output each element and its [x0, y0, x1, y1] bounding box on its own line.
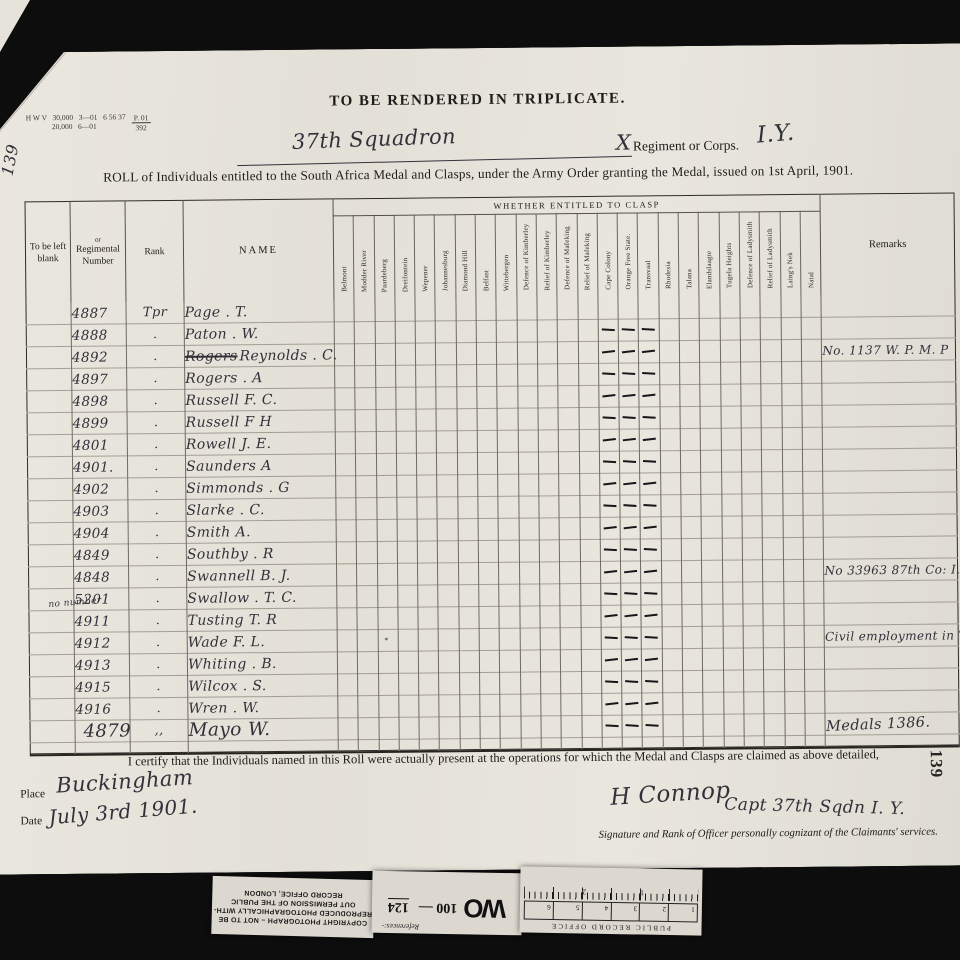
clasp-column-header: Belmont	[333, 216, 354, 301]
clasp-cell	[517, 342, 538, 364]
clasp-dash	[642, 328, 655, 331]
clasp-column-header: Talana	[678, 212, 699, 297]
name-cell: Slarke . C.	[186, 498, 336, 521]
clasp-cell	[338, 718, 359, 740]
clasp-cell	[744, 714, 765, 736]
rank-cell: .	[128, 521, 186, 544]
clasp-cell	[680, 362, 701, 384]
cm-box: 4	[581, 902, 610, 920]
clasp-cell	[578, 298, 599, 320]
clasp-cell	[599, 407, 620, 429]
clasp-cell	[783, 537, 804, 559]
clasp-name: Johannesburg	[441, 247, 449, 295]
name-cell: RogersReynolds . C.	[184, 344, 334, 367]
clasp-cell	[376, 475, 397, 497]
clasp-cell	[519, 584, 540, 606]
clasp-cell	[439, 717, 460, 739]
col-head-remarks: Remarks	[820, 193, 955, 296]
medal-roll-table: To be leftblank orRegimentalNumber Rank …	[25, 192, 960, 756]
clasp-dash	[623, 416, 636, 419]
clasp-cell	[601, 583, 622, 605]
clasp-cell	[456, 299, 477, 321]
clasp-cell	[336, 476, 357, 498]
remark-cell: No 33963 87th Co: I. Y.	[824, 558, 958, 581]
clasp-cell	[782, 493, 803, 515]
officer-rank-handwritten: Capt 37th Sqdn I. Y.	[724, 795, 905, 820]
clasp-cell	[375, 387, 396, 409]
rank-cell: .	[130, 697, 188, 720]
clasp-cell	[397, 563, 418, 585]
clasp-cell	[437, 453, 458, 475]
clasp-cell	[517, 320, 538, 342]
clasp-cell	[804, 647, 825, 669]
clasp-name: Relief of Kimberley	[542, 226, 551, 293]
blank-cell	[29, 610, 74, 632]
clasp-cell	[457, 453, 478, 475]
clasp-cell	[742, 516, 763, 538]
blank-cell	[27, 434, 72, 456]
clasp-cell	[458, 497, 479, 519]
clasp-cell	[356, 476, 377, 498]
clasp-cell	[743, 626, 764, 648]
clasp-cell	[784, 669, 805, 691]
clasp-cell	[620, 495, 641, 517]
clasp-cell	[641, 539, 662, 561]
clasp-cell	[721, 494, 742, 516]
clasp-cell	[480, 694, 501, 716]
regimental-number: 4801	[72, 434, 127, 457]
clasp-cell	[642, 649, 663, 671]
clasp-cell	[519, 518, 540, 540]
clasp-cell	[640, 451, 661, 473]
clasp-cell	[764, 648, 785, 670]
clasp-cell	[456, 343, 477, 365]
clasp-cell	[419, 717, 440, 739]
clasp-cell	[457, 409, 478, 431]
clasp-cell	[744, 692, 765, 714]
clasp-cell	[740, 296, 761, 318]
clasp-cell	[660, 473, 681, 495]
clasp-cell	[497, 320, 518, 342]
clasp-cell	[376, 431, 397, 453]
ruler-caption: PUBLIC RECORD OFFICE	[523, 921, 697, 932]
clasp-cell	[337, 652, 358, 674]
ruler-cm-scale: 123456	[524, 900, 698, 922]
name-cell: Paton . W.	[184, 322, 334, 345]
clasp-cell	[579, 429, 600, 451]
clasp-cell	[619, 429, 640, 451]
clasp-cell	[377, 563, 398, 585]
clasp-cell	[357, 608, 378, 630]
clasp-cell	[540, 584, 561, 606]
clasp-cell	[519, 496, 540, 518]
blank-cell	[26, 324, 71, 346]
clasp-cell	[598, 298, 619, 320]
clasp-cell	[356, 498, 377, 520]
clasp-column-header: Modder River	[353, 216, 374, 301]
clasp-dash	[646, 724, 659, 727]
remark-cell: Civil employment in Thames by	[824, 624, 958, 647]
clasp-cell	[459, 629, 480, 651]
clasp-cell	[680, 406, 701, 428]
clasp-cell	[619, 341, 640, 363]
clasp-cell	[477, 386, 498, 408]
clasp-cell	[781, 383, 802, 405]
clasp-cell	[518, 452, 539, 474]
clasp-name: Belmont	[340, 263, 348, 296]
clasp-cell	[742, 560, 763, 582]
clasp-cell	[398, 673, 419, 695]
clasp-cell	[436, 387, 457, 409]
rank-cell: .	[129, 631, 187, 654]
clasp-cell	[479, 628, 500, 650]
cm-box: 3	[610, 903, 639, 921]
clasp-cell	[398, 607, 419, 629]
clasp-cell	[661, 517, 682, 539]
clasp-cell	[355, 366, 376, 388]
name-cell: Swallow . T. C.	[187, 586, 337, 609]
regimental-number: 4912	[74, 632, 129, 655]
clasp-cell	[519, 540, 540, 562]
clasp-column-header: Elandslaagte	[698, 212, 719, 297]
regimental-number: 4911	[74, 610, 129, 633]
clasp-dash	[622, 328, 635, 331]
clasp-cell	[537, 342, 558, 364]
clasp-cell	[418, 607, 439, 629]
clasp-cell	[457, 431, 478, 453]
rank-cell: .	[127, 389, 185, 412]
clasp-cell	[700, 318, 721, 340]
clasp-dash	[604, 592, 617, 595]
clasp-cell	[358, 695, 379, 717]
clasp-cell	[560, 584, 581, 606]
clasp-cell	[540, 650, 561, 672]
clasp-cell	[764, 714, 785, 736]
clasp-cell	[578, 341, 599, 363]
clasp-cell	[784, 691, 805, 713]
clasp-cell	[396, 409, 417, 431]
clasp-cell	[336, 498, 357, 520]
clasp-cell	[580, 517, 601, 539]
clasp-cell	[378, 695, 399, 717]
clasp-cell	[395, 365, 416, 387]
clasp-cell	[642, 693, 663, 715]
clasp-cell	[498, 452, 519, 474]
clasp-cell	[541, 716, 562, 738]
remark-cell	[824, 580, 958, 603]
clasp-cell	[761, 428, 782, 450]
name-cell: Simmonds . G	[186, 476, 336, 499]
clasp-column-header: Cape Colony	[597, 213, 618, 298]
name-cell: Swannell B. J.	[187, 564, 337, 587]
date-label: Date	[20, 815, 42, 827]
clasp-cell	[802, 471, 823, 493]
clasp-dash	[603, 460, 616, 463]
clasp-dash	[605, 658, 618, 661]
clasp-cell	[619, 385, 640, 407]
clasp-column-header: Paardeberg	[374, 215, 395, 300]
clasp-cell	[398, 629, 419, 651]
clasp-cell	[723, 670, 744, 692]
clasp-cell	[762, 516, 783, 538]
clasp-cell	[398, 651, 419, 673]
clasp-cell	[540, 628, 561, 650]
clasp-cell	[518, 430, 539, 452]
clasp-cell	[498, 496, 519, 518]
clasp-cell	[498, 474, 519, 496]
clasp-cell	[520, 606, 541, 628]
clasp-cell	[642, 671, 663, 693]
regimental-number: 4916	[75, 698, 130, 721]
clasp-cell	[579, 495, 600, 517]
clasp-cell	[660, 429, 681, 451]
clasp-cell	[334, 344, 355, 366]
clasp-cell	[722, 516, 743, 538]
clasp-cell	[762, 472, 783, 494]
col-head-name: NAME	[183, 199, 334, 302]
clasp-name: Cape Colony	[603, 247, 611, 293]
clasp-dash	[602, 328, 615, 331]
folio-number-right: 139	[926, 750, 947, 810]
clasp-cell	[456, 365, 477, 387]
clasp-cell	[723, 648, 744, 670]
clasp-cell	[459, 607, 480, 629]
clasp-cell	[581, 693, 602, 715]
name-cell: Wilcox . S.	[188, 674, 338, 697]
printer-code-line2: 20,000 6—01	[52, 122, 97, 131]
inch-number: 2	[582, 888, 586, 897]
clasp-dash	[604, 548, 617, 551]
remark-cell	[822, 382, 956, 405]
clasp-cell	[480, 672, 501, 694]
regimental-number: 4848	[74, 566, 129, 589]
clasp-cell	[397, 475, 418, 497]
clasp-cell	[415, 321, 436, 343]
clasp-cell	[703, 714, 724, 736]
clasp-dash	[643, 416, 656, 419]
clasp-cell	[416, 387, 437, 409]
clasp-cell	[680, 450, 701, 472]
copyright-text: COPYRIGHT PHOTOGRAPH – NOT TO BE REPRODU…	[213, 887, 372, 927]
clasp-dash	[624, 526, 637, 529]
clasp-cell	[558, 342, 579, 364]
clasp-dash	[645, 614, 658, 617]
signature-caption: Signature and Rank of Officer personally…	[599, 826, 938, 841]
clasp-cell	[479, 562, 500, 584]
clasp-cell	[780, 296, 801, 318]
clasp-column-header: Defence of Kimberley	[516, 214, 537, 299]
clasp-cell	[520, 694, 541, 716]
clasp-cell	[682, 560, 703, 582]
regimental-number: 4897	[72, 368, 127, 391]
clasp-cell	[601, 627, 622, 649]
clasp-cell	[558, 364, 579, 386]
clasp-cell	[498, 518, 519, 540]
clasp-cell	[764, 670, 785, 692]
name-cell: Southby . R	[186, 542, 336, 565]
clasp-cell	[517, 364, 538, 386]
clasp-name: Transvaal	[644, 256, 652, 292]
clasp-dash	[646, 702, 659, 705]
clasp-cell	[334, 322, 355, 344]
name-cell: Rowell J. E.	[185, 432, 335, 455]
clasp-cell	[761, 362, 782, 384]
rank-cell: .	[129, 653, 187, 676]
clasp-cell	[561, 694, 582, 716]
clasp-cell	[557, 298, 578, 320]
clasp-cell	[497, 386, 518, 408]
name-cell: Saunders A	[185, 454, 335, 477]
clasp-cell	[741, 384, 762, 406]
clasp-cell	[683, 670, 704, 692]
clasp-cell	[476, 299, 497, 321]
clasp-cell	[701, 472, 722, 494]
clasp-cell	[375, 343, 396, 365]
clasp-cell	[438, 563, 459, 585]
clasp-cell	[337, 630, 358, 652]
clasp-cell	[763, 626, 784, 648]
clasp-cell	[620, 451, 641, 473]
clasp-cell	[457, 475, 478, 497]
clasp-column-header: Defence of Ladysmith	[739, 212, 760, 297]
clasp-dash	[644, 570, 657, 573]
clasp-cell	[701, 516, 722, 538]
officer-signature: H Connop	[610, 778, 732, 811]
clasp-cell	[560, 562, 581, 584]
clasp-cell	[438, 585, 459, 607]
clasp-cell	[500, 694, 521, 716]
clasp-cell	[600, 517, 621, 539]
clasp-cell	[639, 407, 660, 429]
remark-cell	[823, 448, 957, 471]
clasp-cell	[663, 693, 684, 715]
clasp-cell	[681, 538, 702, 560]
clasp-cell	[581, 627, 602, 649]
clasp-cell	[703, 692, 724, 714]
clasp-cell	[416, 431, 437, 453]
clasp-cell	[781, 361, 802, 383]
clasp-cell	[438, 607, 459, 629]
clasp-cell	[720, 384, 741, 406]
remark-cell	[823, 426, 957, 449]
clasp-cell	[520, 650, 541, 672]
clasp-cell	[376, 409, 397, 431]
clasp-cell	[437, 497, 458, 519]
clasp-cell	[500, 628, 521, 650]
regimental-number: 4902	[73, 478, 128, 501]
clasp-cell	[437, 431, 458, 453]
clasp-cell	[782, 405, 803, 427]
clasp-dash	[626, 724, 639, 727]
clasp-cell	[377, 541, 398, 563]
clasp-cell	[335, 410, 356, 432]
clasp-cell	[439, 651, 460, 673]
clasp-cell	[476, 320, 497, 342]
clasp-cell	[478, 518, 499, 540]
clasp-cell	[598, 363, 619, 385]
clasp-cell	[479, 650, 500, 672]
clasp-cell	[558, 386, 579, 408]
clasp-cell	[419, 695, 440, 717]
clasp-cell	[579, 407, 600, 429]
wo-logo: WO	[465, 893, 506, 924]
clasp-cell	[622, 715, 643, 737]
clasp-dash	[625, 614, 638, 617]
clasp-cell	[640, 495, 661, 517]
clasp-cell	[621, 605, 642, 627]
regiment-or-corps-label: Regiment or Corps.	[633, 138, 739, 155]
clasp-cell	[659, 341, 680, 363]
clasp-cell	[357, 542, 378, 564]
clasp-cell	[600, 495, 621, 517]
clasp-column-header: Diamond Hill	[455, 215, 476, 300]
remark-cell	[823, 492, 957, 515]
clasp-cell	[760, 318, 781, 340]
corps-handwritten: I.Y.	[756, 120, 795, 149]
clasp-cell	[559, 452, 580, 474]
clasp-dash	[602, 372, 615, 375]
clasp-cell	[396, 387, 417, 409]
clasp-dash	[605, 680, 618, 683]
clasp-cell	[378, 651, 399, 673]
name-cell: Mayo W.	[188, 718, 338, 741]
clasp-cell	[561, 650, 582, 672]
clasp-cell	[416, 343, 437, 365]
clasp-cell	[782, 471, 803, 493]
name-cell: Wren . W.	[188, 696, 338, 719]
clasp-cell	[539, 496, 560, 518]
clasp-cell	[559, 474, 580, 496]
remark-cell	[823, 514, 957, 537]
clasp-cell	[663, 715, 684, 737]
clasp-dash	[622, 350, 635, 353]
clasp-cell	[558, 408, 579, 430]
clasp-column-header: Belfast	[475, 214, 496, 299]
clasp-cell	[375, 300, 396, 322]
clasp-cell	[639, 363, 660, 385]
clasp-cell	[500, 672, 521, 694]
clasp-column-header: Defence of Mafeking	[556, 214, 577, 299]
clasp-cell	[802, 405, 823, 427]
blank-cell	[26, 303, 71, 325]
clasp-cell	[784, 647, 805, 669]
blank-cell	[27, 390, 72, 412]
clasp-cell	[762, 450, 783, 472]
clasp-cell	[418, 563, 439, 585]
clasp-column-header: Relief of Mafeking	[577, 213, 598, 298]
col-head-regimental-number: orRegimentalNumber	[70, 201, 126, 303]
clasp-cell	[703, 648, 724, 670]
clasp-cell	[740, 340, 761, 362]
clasp-cell	[477, 364, 498, 386]
clasp-cell	[681, 494, 702, 516]
clasp-cell	[721, 450, 742, 472]
clasp-cell	[702, 582, 723, 604]
blank-cell	[28, 522, 73, 544]
clasp-cell	[600, 561, 621, 583]
clasp-cell	[517, 298, 538, 320]
clasp-cell	[783, 603, 804, 625]
clasp-name: Talana	[685, 265, 693, 292]
clasp-name: Relief of Ladysmith	[766, 224, 775, 291]
clasp-cell	[682, 604, 703, 626]
cm-box: 6	[525, 901, 553, 918]
clasp-cell	[538, 364, 559, 386]
clasp-cell	[438, 519, 459, 541]
clasp-cell	[661, 495, 682, 517]
clasp-column-header: Rhodesia	[658, 213, 679, 298]
clasp-cell	[740, 318, 761, 340]
